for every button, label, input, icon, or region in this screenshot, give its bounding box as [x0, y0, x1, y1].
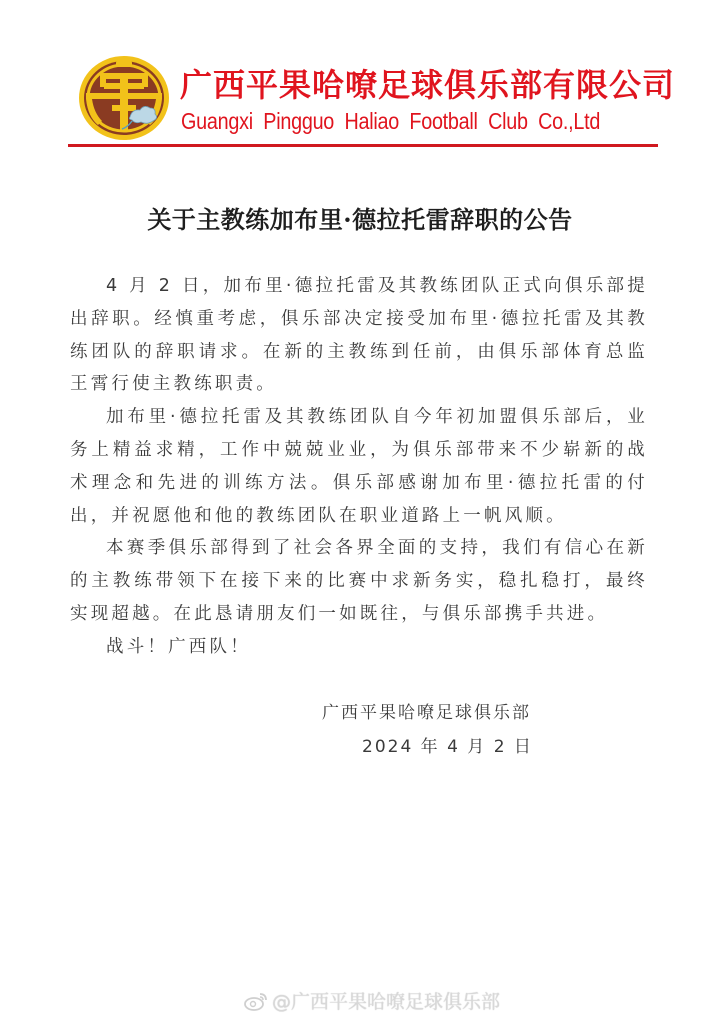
company-name-cn: 广西平果哈嘹足球俱乐部有限公司: [180, 60, 675, 106]
announcement-body: 4 月 2 日，加布里·德拉托雷及其教练团队正式向俱乐部提出辞职。经慎重考虑，俱…: [70, 270, 648, 664]
signature-date: 2024 年 4 月 2 日: [362, 732, 533, 757]
letterhead-divider: [68, 144, 658, 147]
letterhead: 广西平果哈嘹足球俱乐部有限公司 Guangxi Pingguo Haliao F…: [0, 0, 720, 160]
paragraph-thanks: 加布里·德拉托雷及其教练团队自今年初加盟俱乐部后，业务上精益求精，工作中兢兢业业…: [70, 401, 648, 532]
weibo-watermark: @广西平果哈嘹足球俱乐部: [243, 987, 500, 1014]
signature-organization: 广西平果哈嘹足球俱乐部: [322, 698, 531, 723]
company-name-en: Guangxi Pingguo Haliao Football Club Co.…: [181, 108, 600, 135]
paragraph-outlook: 本赛季俱乐部得到了社会各界全面的支持，我们有信心在新的主教练带领下在接下来的比赛…: [70, 532, 648, 630]
paragraph-slogan: 战斗！广西队！: [70, 631, 648, 664]
watermark-text: @广西平果哈嘹足球俱乐部: [272, 991, 500, 1013]
weibo-icon: [243, 991, 269, 1011]
paragraph-resignation: 4 月 2 日，加布里·德拉托雷及其教练团队正式向俱乐部提出辞职。经慎重考虑，俱…: [70, 270, 648, 401]
announcement-title: 关于主教练加布里·德拉托雷辞职的公告: [0, 200, 720, 235]
club-crest-icon: [78, 55, 170, 141]
